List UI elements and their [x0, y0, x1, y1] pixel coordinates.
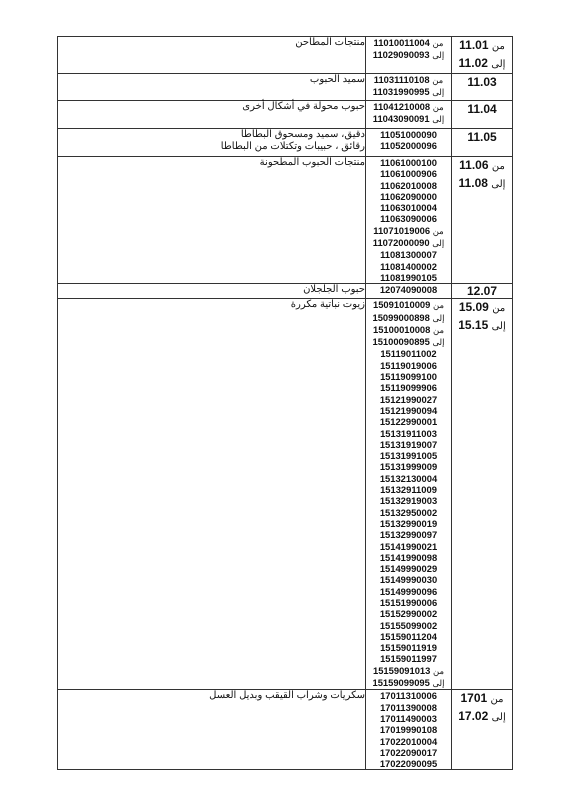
heading-cell: 11.03 [452, 74, 513, 101]
tariff-code: 11052000096 [366, 140, 451, 151]
code-number: 11010011004 [374, 37, 430, 48]
tariff-code: إلى 11031990995 [366, 86, 451, 98]
tariff-code: 15132990097 [366, 529, 451, 540]
heading-number: 11.06 [459, 158, 488, 172]
codes-cell: 1105100009011052000096 [366, 129, 452, 157]
tariff-code: 15159011919 [366, 642, 451, 653]
range-prefix: من [433, 325, 444, 335]
code-number: 11061000100 [380, 157, 437, 168]
tariff-code: 15141990021 [366, 541, 451, 552]
range-prefix: من [492, 161, 505, 172]
product-description: زيوت نباتية مكررة [58, 299, 365, 311]
code-number: 17022090095 [380, 758, 437, 769]
product-description: سميد الحبوب [58, 74, 365, 86]
code-number: 11071019006 [373, 225, 430, 236]
heading-line: من 11.01 [452, 37, 512, 55]
code-number: 15131919007 [380, 439, 437, 450]
code-number: 15122990001 [380, 416, 437, 427]
heading-number: 11.03 [467, 75, 496, 89]
tariff-table: من 11.01إلى 11.02من 11010011004إلى 11029… [57, 36, 513, 770]
heading-cell: من 15.09إلى 15.15 [452, 299, 513, 690]
tariff-row: من 1701إلى 17.02170113100061701139000817… [58, 690, 513, 770]
code-number: 11063010004 [380, 202, 437, 213]
range-prefix: من [491, 694, 504, 705]
code-number: 15159011997 [380, 653, 437, 664]
code-number: 11081990105 [380, 272, 437, 283]
heading-line: إلى 11.02 [452, 55, 512, 73]
codes-cell: من 11041210008إلى 11043090091 [366, 101, 452, 129]
tariff-code: 11051000090 [366, 129, 451, 140]
description-cell: حبوب الجلجلان [58, 284, 366, 299]
tariff-code: من 11071019006 [366, 225, 451, 237]
product-description: سكريات وشراب القيقب وبديل العسل [58, 690, 365, 702]
code-number: 15119019006 [380, 360, 437, 371]
tariff-code: 11061000100 [366, 157, 451, 168]
heading-number: 11.02 [459, 56, 488, 70]
tariff-code: من 11010011004 [366, 37, 451, 49]
tariff-code: 15131919007 [366, 439, 451, 450]
description-cell: سكريات وشراب القيقب وبديل العسل [58, 690, 366, 770]
code-number: 17022010004 [380, 736, 437, 747]
tariff-code: 17011490003 [366, 713, 451, 724]
code-number: 12074090008 [380, 284, 437, 295]
tariff-code: 15132919003 [366, 495, 451, 506]
code-number: 11081400002 [380, 261, 437, 272]
tariff-code: 15149990030 [366, 574, 451, 585]
range-prefix: إلى [492, 321, 506, 332]
code-number: 15159091013 [373, 665, 430, 676]
heading-line: من 1701 [452, 690, 512, 708]
description-cell: منتجات الحبوب المطحونة [58, 157, 366, 284]
tariff-row: من 11.01إلى 11.02من 11010011004إلى 11029… [58, 37, 513, 74]
tariff-code: إلى 15099000898 [366, 312, 451, 324]
heading-cell: 11.04 [452, 101, 513, 129]
heading-number: 12.07 [467, 284, 497, 298]
tariff-code: 11061000906 [366, 168, 451, 179]
heading-number: 15.15 [458, 318, 488, 332]
code-number: 15131991005 [380, 450, 437, 461]
range-prefix: إلى [432, 678, 444, 688]
tariff-code: من 11031110108 [366, 74, 451, 86]
codes-cell: 12074090008 [366, 284, 452, 299]
tariff-code: 15119099100 [366, 371, 451, 382]
range-prefix: إلى [491, 179, 505, 190]
tariff-code: 11062090000 [366, 191, 451, 202]
code-number: 15141990098 [380, 552, 437, 563]
code-number: 15131911003 [380, 428, 437, 439]
tariff-code: من 15159091013 [366, 665, 451, 677]
tariff-code: 15121990094 [366, 405, 451, 416]
heading-line: 11.03 [452, 74, 512, 91]
code-number: 11061000906 [380, 168, 437, 179]
heading-line: 11.05 [452, 129, 512, 146]
heading-number: 11.04 [467, 102, 496, 116]
range-prefix: إلى [432, 114, 444, 124]
code-number: 15159011204 [380, 631, 437, 642]
heading-cell: 11.05 [452, 129, 513, 157]
heading-cell: 12.07 [452, 284, 513, 299]
tariff-code: 15159011204 [366, 631, 451, 642]
tariff-code: 15132990019 [366, 518, 451, 529]
tariff-code: 15131999009 [366, 461, 451, 472]
range-prefix: إلى [492, 712, 506, 723]
code-number: 11031990995 [373, 86, 430, 97]
code-number: 11081300007 [380, 249, 437, 260]
code-number: 11063090006 [380, 213, 437, 224]
code-number: 15132919003 [380, 495, 437, 506]
description-cell: دقيق، سميد ومسحوق البطاطارقائق ، حبيبات … [58, 129, 366, 157]
heading-number: 15.09 [459, 300, 489, 314]
tariff-code: من 15100010008 [366, 324, 451, 336]
tariff-code: 17022090017 [366, 747, 451, 758]
tariff-row: 11.03من 11031110108إلى 11031990995سميد ا… [58, 74, 513, 101]
code-number: 15119099906 [380, 382, 437, 393]
tariff-code: 15132911009 [366, 484, 451, 495]
range-prefix: من [433, 226, 444, 236]
code-number: 15132990097 [380, 529, 437, 540]
codes-cell: من 11031110108إلى 11031990995 [366, 74, 452, 101]
heading-cell: من 1701إلى 17.02 [452, 690, 513, 770]
range-prefix: من [492, 41, 505, 52]
tariff-code: إلى 11029090093 [366, 49, 451, 61]
tariff-code: 11081990105 [366, 272, 451, 283]
code-number: 11062010008 [380, 180, 437, 191]
tariff-code: 17019990108 [366, 724, 451, 735]
tariff-row: 12.0712074090008حبوب الجلجلان [58, 284, 513, 299]
code-number: 15159099095 [372, 677, 429, 688]
range-prefix: من [433, 666, 444, 676]
code-number: 15131999009 [380, 461, 437, 472]
product-description: دقيق، سميد ومسحوق البطاطا [58, 129, 365, 141]
heading-line: إلى 11.08 [452, 175, 512, 193]
product-description: منتجات الحبوب المطحونة [58, 157, 365, 169]
code-number: 15155099002 [380, 620, 437, 631]
heading-line: من 11.06 [452, 157, 512, 175]
codes-cell: 1106100010011061000906110620100081106209… [366, 157, 452, 284]
code-number: 17019990108 [380, 724, 437, 735]
code-number: 11072000090 [373, 237, 430, 248]
code-number: 15119099100 [380, 371, 437, 382]
tariff-code: 11081300007 [366, 249, 451, 260]
product-description: منتجات المطاحن [58, 37, 365, 49]
product-description: حبوب محولة في أشكال أخرى [58, 101, 365, 113]
range-prefix: إلى [432, 337, 444, 347]
range-prefix: من [433, 102, 444, 112]
heading-line: 11.04 [452, 101, 512, 118]
codes-cell: من 11010011004إلى 11029090093 [366, 37, 452, 74]
code-number: 11043090091 [373, 113, 430, 124]
tariff-code: 15149990029 [366, 563, 451, 574]
code-number: 15152990002 [380, 608, 437, 619]
range-prefix: من [492, 303, 505, 314]
code-number: 15141990021 [380, 541, 437, 552]
tariff-code: 17011390008 [366, 702, 451, 713]
code-number: 15099000898 [372, 312, 429, 323]
code-number: 15119011002 [380, 348, 436, 359]
code-number: 17011490003 [380, 713, 437, 724]
product-description: رقائق ، حبيبات وتكتلات من البطاطا [58, 141, 365, 153]
range-prefix: إلى [432, 50, 444, 60]
range-prefix: من [432, 38, 443, 48]
tariff-code: 15131991005 [366, 450, 451, 461]
heading-line: إلى 15.15 [452, 317, 512, 335]
code-number: 17011310006 [380, 690, 437, 701]
tariff-code: 11063090006 [366, 213, 451, 224]
tariff-code: 15159011997 [366, 653, 451, 664]
heading-number: 11.01 [459, 38, 488, 52]
code-number: 15091010009 [373, 299, 430, 310]
description-cell: منتجات المطاحن [58, 37, 366, 74]
codes-cell: من 15091010009إلى 15099000898من 15100010… [366, 299, 452, 690]
tariff-code: 12074090008 [366, 284, 451, 295]
code-number: 11041210008 [373, 101, 430, 112]
tariff-code: من 11041210008 [366, 101, 451, 113]
tariff-code: 15141990098 [366, 552, 451, 563]
tariff-row: من 11.06إلى 11.0811061000100110610009061… [58, 157, 513, 284]
heading-number: 11.05 [467, 130, 496, 144]
range-prefix: من [432, 75, 443, 85]
code-number: 15132990019 [380, 518, 437, 529]
tariff-code: 17022010004 [366, 736, 451, 747]
tariff-code: 15155099002 [366, 620, 451, 631]
code-number: 11052000096 [380, 140, 437, 151]
tariff-code: 15152990002 [366, 608, 451, 619]
tariff-code: 11062010008 [366, 180, 451, 191]
tariff-code: 15149990096 [366, 586, 451, 597]
description-cell: سميد الحبوب [58, 74, 366, 101]
tariff-code: من 15091010009 [366, 299, 451, 311]
code-number: 17022090017 [380, 747, 437, 758]
tariff-code: 15119099906 [366, 382, 451, 393]
heading-number: 1701 [460, 691, 487, 705]
code-number: 15132130004 [380, 473, 437, 484]
heading-cell: من 11.06إلى 11.08 [452, 157, 513, 284]
tariff-body: من 11.01إلى 11.02من 11010011004إلى 11029… [58, 37, 513, 770]
tariff-code: 15122990001 [366, 416, 451, 427]
heading-line: من 15.09 [452, 299, 512, 317]
tariff-row: من 15.09إلى 15.15من 15091010009إلى 15099… [58, 299, 513, 690]
codes-cell: 1701131000617011390008170114900031701999… [366, 690, 452, 770]
description-cell: حبوب محولة في أشكال أخرى [58, 101, 366, 129]
heading-number: 11.08 [459, 176, 488, 190]
code-number: 15149990030 [380, 574, 437, 585]
tariff-code: إلى 15159099095 [366, 677, 451, 689]
tariff-code: 15151990006 [366, 597, 451, 608]
heading-number: 17.02 [458, 709, 488, 723]
code-number: 11029090093 [373, 49, 430, 60]
heading-cell: من 11.01إلى 11.02 [452, 37, 513, 74]
tariff-code: 17022090095 [366, 758, 451, 769]
code-number: 15121990027 [380, 394, 437, 405]
code-number: 11062090000 [380, 191, 437, 202]
code-number: 15100090895 [372, 336, 429, 347]
heading-line: 12.07 [452, 284, 512, 298]
tariff-code: إلى 11043090091 [366, 113, 451, 125]
tariff-code: 15119011002 [366, 348, 451, 359]
code-number: 15149990029 [380, 563, 437, 574]
product-description: حبوب الجلجلان [58, 284, 365, 296]
code-number: 15100010008 [373, 324, 430, 335]
code-number: 15151990006 [380, 597, 437, 608]
tariff-code: 17011310006 [366, 690, 451, 701]
code-number: 11031110108 [374, 74, 430, 85]
range-prefix: إلى [432, 313, 444, 323]
code-number: 15132911009 [380, 484, 437, 495]
description-cell: زيوت نباتية مكررة [58, 299, 366, 690]
tariff-row: 11.051105100009011052000096دقيق، سميد وم… [58, 129, 513, 157]
tariff-code: 15131911003 [366, 428, 451, 439]
tariff-code: 15132130004 [366, 473, 451, 484]
code-number: 17011390008 [380, 702, 437, 713]
range-prefix: من [433, 300, 444, 310]
code-number: 15149990096 [380, 586, 437, 597]
tariff-code: إلى 11072000090 [366, 237, 451, 249]
tariff-code: 15119019006 [366, 360, 451, 371]
tariff-code: 15121990027 [366, 394, 451, 405]
tariff-row: 11.04من 11041210008إلى 11043090091حبوب م… [58, 101, 513, 129]
tariff-code: إلى 15100090895 [366, 336, 451, 348]
range-prefix: إلى [491, 59, 505, 70]
tariff-code: 11063010004 [366, 202, 451, 213]
tariff-code: 11081400002 [366, 261, 451, 272]
code-number: 15159011919 [380, 642, 437, 653]
tariff-code: 15132950002 [366, 507, 451, 518]
code-number: 15121990094 [380, 405, 437, 416]
range-prefix: إلى [432, 238, 444, 248]
code-number: 11051000090 [380, 129, 437, 140]
code-number: 15132950002 [380, 507, 437, 518]
heading-line: إلى 17.02 [452, 708, 512, 726]
range-prefix: إلى [432, 87, 444, 97]
